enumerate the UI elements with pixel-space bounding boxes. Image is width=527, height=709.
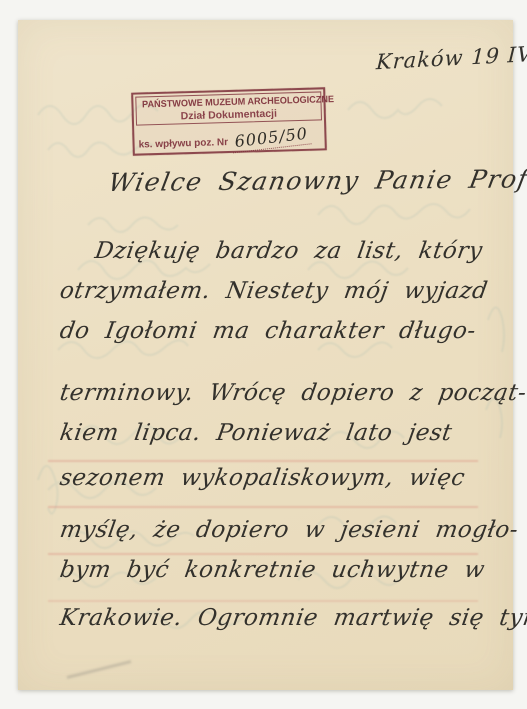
letter-line: sezonem wykopaliskowym, więc (58, 465, 467, 491)
paper-sheet: Kraków 19 IV 61 PAŃSTWOWE MUZEUM ARCHEOL… (18, 20, 513, 690)
letter-scan: Kraków 19 IV 61 PAŃSTWOWE MUZEUM ARCHEOL… (0, 0, 527, 709)
ruled-line-bleedthrough (48, 506, 478, 508)
letter-line: myślę, że dopiero w jesieni mogło- (58, 517, 520, 543)
date-annotation: Kraków 19 IV 61 (375, 42, 527, 74)
letter-line: Krakowie. Ogromnie martwię się tym, (58, 605, 527, 631)
museum-intake-stamp: PAŃSTWOWE MUZEUM ARCHEOLOGICZNE Dział Do… (131, 87, 327, 155)
letter-line: kiem lipca. Ponieważ lato jest (58, 420, 454, 446)
letter-salutation: Wielce Szanowny Panie Profesorze, (106, 163, 527, 197)
letter-line: Dziękuję bardzo za list, który (93, 238, 484, 264)
ruled-line-bleedthrough (48, 600, 478, 602)
letter-line: otrzymałem. Niestety mój wyjazd (58, 278, 490, 304)
ruled-line-bleedthrough (48, 460, 478, 462)
stamp-entry-label: ks. wpływu poz. Nr (138, 137, 228, 150)
letter-line: terminowy. Wrócę dopiero z począt- (58, 380, 527, 406)
letter-line: bym być konkretnie uchwytne w (58, 557, 487, 583)
stamp-entry-number: 6005/50 (231, 123, 312, 153)
pencil-smudge (67, 660, 132, 679)
ruled-line-bleedthrough (48, 553, 478, 555)
letter-line: do Igołomi ma charakter długo- (58, 318, 478, 344)
